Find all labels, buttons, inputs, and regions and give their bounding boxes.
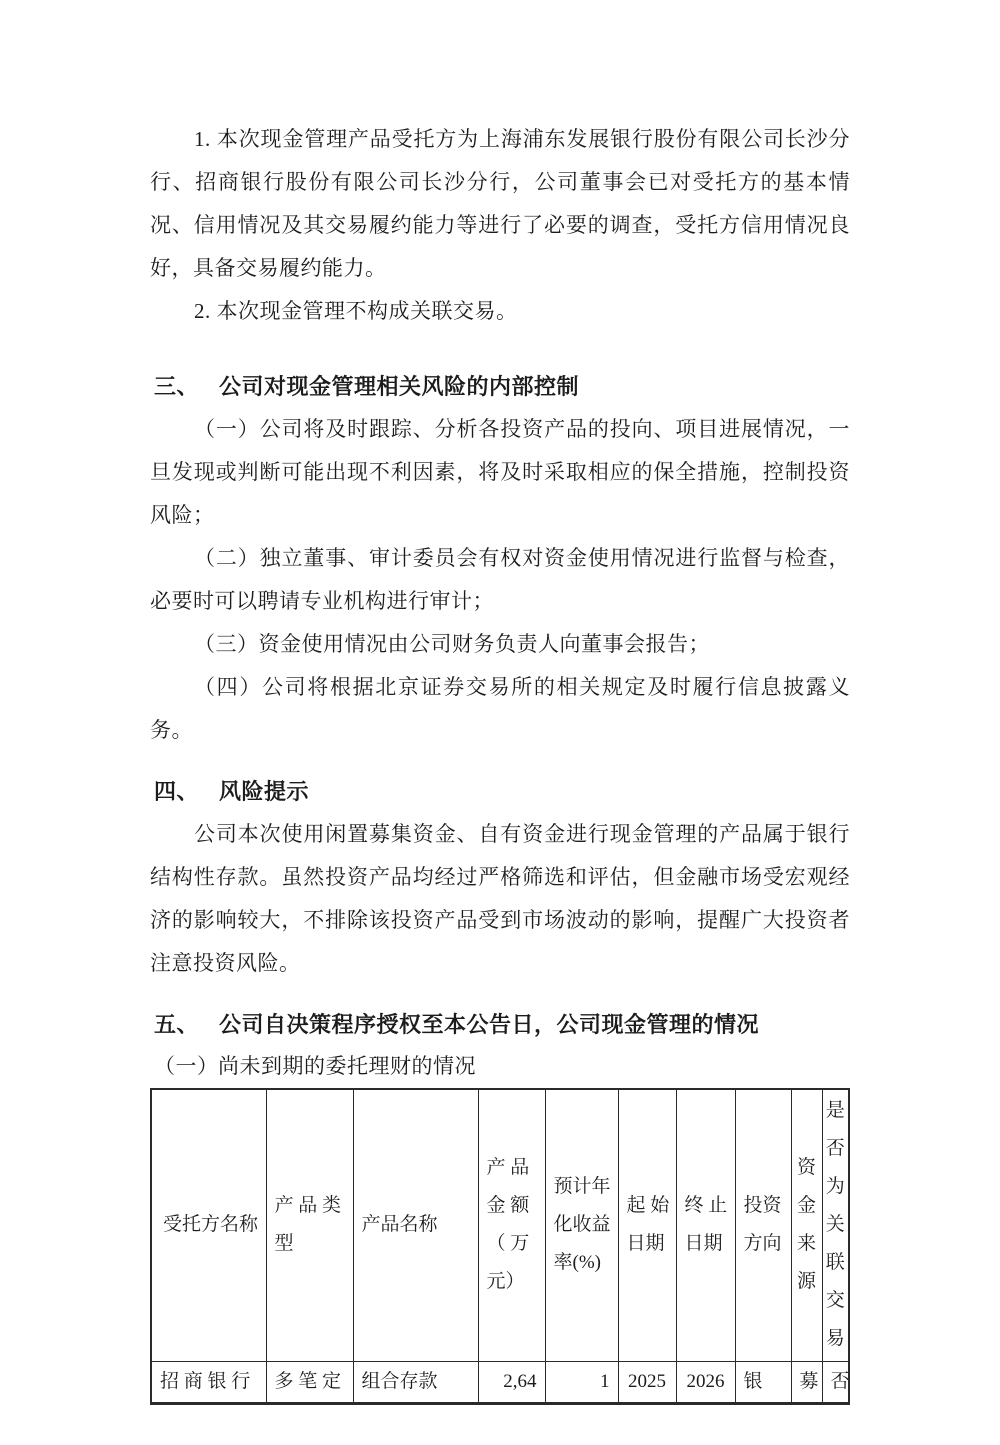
header-fund-source: 资 金 来 源 [791, 1089, 822, 1361]
header-product-name: 产品名称 [353, 1089, 478, 1361]
header-expected-annualized-yield: 预计年 化收益 率(%) [545, 1089, 618, 1361]
cell-trustee-name: 招 商 银 行 [151, 1361, 266, 1403]
heading-title: 风险提示 [219, 779, 309, 804]
cell-product-name: 组合存款 [353, 1361, 478, 1403]
header-related-transaction: 是 否 为 关 联 交 易 [822, 1089, 849, 1361]
cell-expected-annualized-yield: 1 [545, 1361, 618, 1403]
table-header-row: 受托方名称 产 品 类 型 产品名称 产 品 金 额 （ 万 元） 预计年 化收… [151, 1089, 849, 1361]
header-product-amount: 产 品 金 额 （ 万 元） [478, 1089, 545, 1361]
document-content: 1. 本次现金管理产品受托方为上海浦东发展银行股份有限公司长沙分行、招商银行股份… [0, 0, 1000, 1445]
table-data-row: 招 商 银 行 多 笔 定 组合存款 2,64 1 2025 2026 银 募 … [151, 1361, 849, 1403]
document-page: 1. 本次现金管理产品受托方为上海浦东发展银行股份有限公司长沙分行、招商银行股份… [0, 0, 1000, 1445]
cell-product-type: 多 笔 定 [266, 1361, 353, 1403]
cell-end-date: 2026 [676, 1361, 735, 1403]
header-investment-direction: 投资 方向 [735, 1089, 791, 1361]
heading-number: 四、 [154, 770, 219, 813]
section-heading-4: 四、风险提示 [150, 770, 850, 813]
unexpired-wealth-management-table: 受托方名称 产 品 类 型 产品名称 产 品 金 额 （ 万 元） 预计年 化收… [150, 1088, 850, 1405]
cell-start-date: 2025 [618, 1361, 676, 1403]
header-start-date: 起 始 日期 [618, 1089, 676, 1361]
cell-investment-direction: 银 [735, 1361, 791, 1403]
heading-title: 公司对现金管理相关风险的内部控制 [219, 374, 579, 399]
subsection-title: 尚未到期的委托理财的情况 [218, 1054, 476, 1078]
section3-paragraph-1: （一）公司将及时跟踪、分析各投资产品的投向、项目进展情况，一旦发现或判断可能出现… [150, 408, 850, 537]
section3-paragraph-2: （二）独立董事、审计委员会有权对资金使用情况进行监督与检查，必要时可以聘请专业机… [150, 537, 850, 623]
header-end-date: 终 止 日期 [676, 1089, 735, 1361]
cell-fund-source: 募 [791, 1361, 822, 1403]
section3-paragraph-4: （四）公司将根据北京证券交易所的相关规定及时履行信息披露义务。 [150, 666, 850, 752]
subsection-heading: （一）尚未到期的委托理财的情况 [150, 1046, 850, 1086]
heading-number: 五、 [154, 1003, 219, 1046]
cell-related-transaction: 否 [822, 1361, 849, 1403]
heading-title: 公司自决策程序授权至本公告日，公司现金管理的情况 [219, 1012, 759, 1037]
header-product-type: 产 品 类 型 [266, 1089, 353, 1361]
intro-paragraph-2: 2. 本次现金管理不构成关联交易。 [150, 290, 850, 333]
subsection-number: （一） [154, 1046, 218, 1086]
heading-number: 三、 [154, 365, 219, 408]
section-heading-5: 五、公司自决策程序授权至本公告日，公司现金管理的情况 [150, 1003, 850, 1046]
section3-paragraph-3: （三）资金使用情况由公司财务负责人向董事会报告； [150, 623, 850, 666]
section4-paragraph-1: 公司本次使用闲置募集资金、自有资金进行现金管理的产品属于银行结构性存款。虽然投资… [150, 813, 850, 985]
intro-paragraph-1: 1. 本次现金管理产品受托方为上海浦东发展银行股份有限公司长沙分行、招商银行股份… [150, 118, 850, 290]
cell-product-amount: 2,64 [478, 1361, 545, 1403]
section-heading-3: 三、公司对现金管理相关风险的内部控制 [150, 365, 850, 408]
header-trustee-name: 受托方名称 [151, 1089, 266, 1361]
